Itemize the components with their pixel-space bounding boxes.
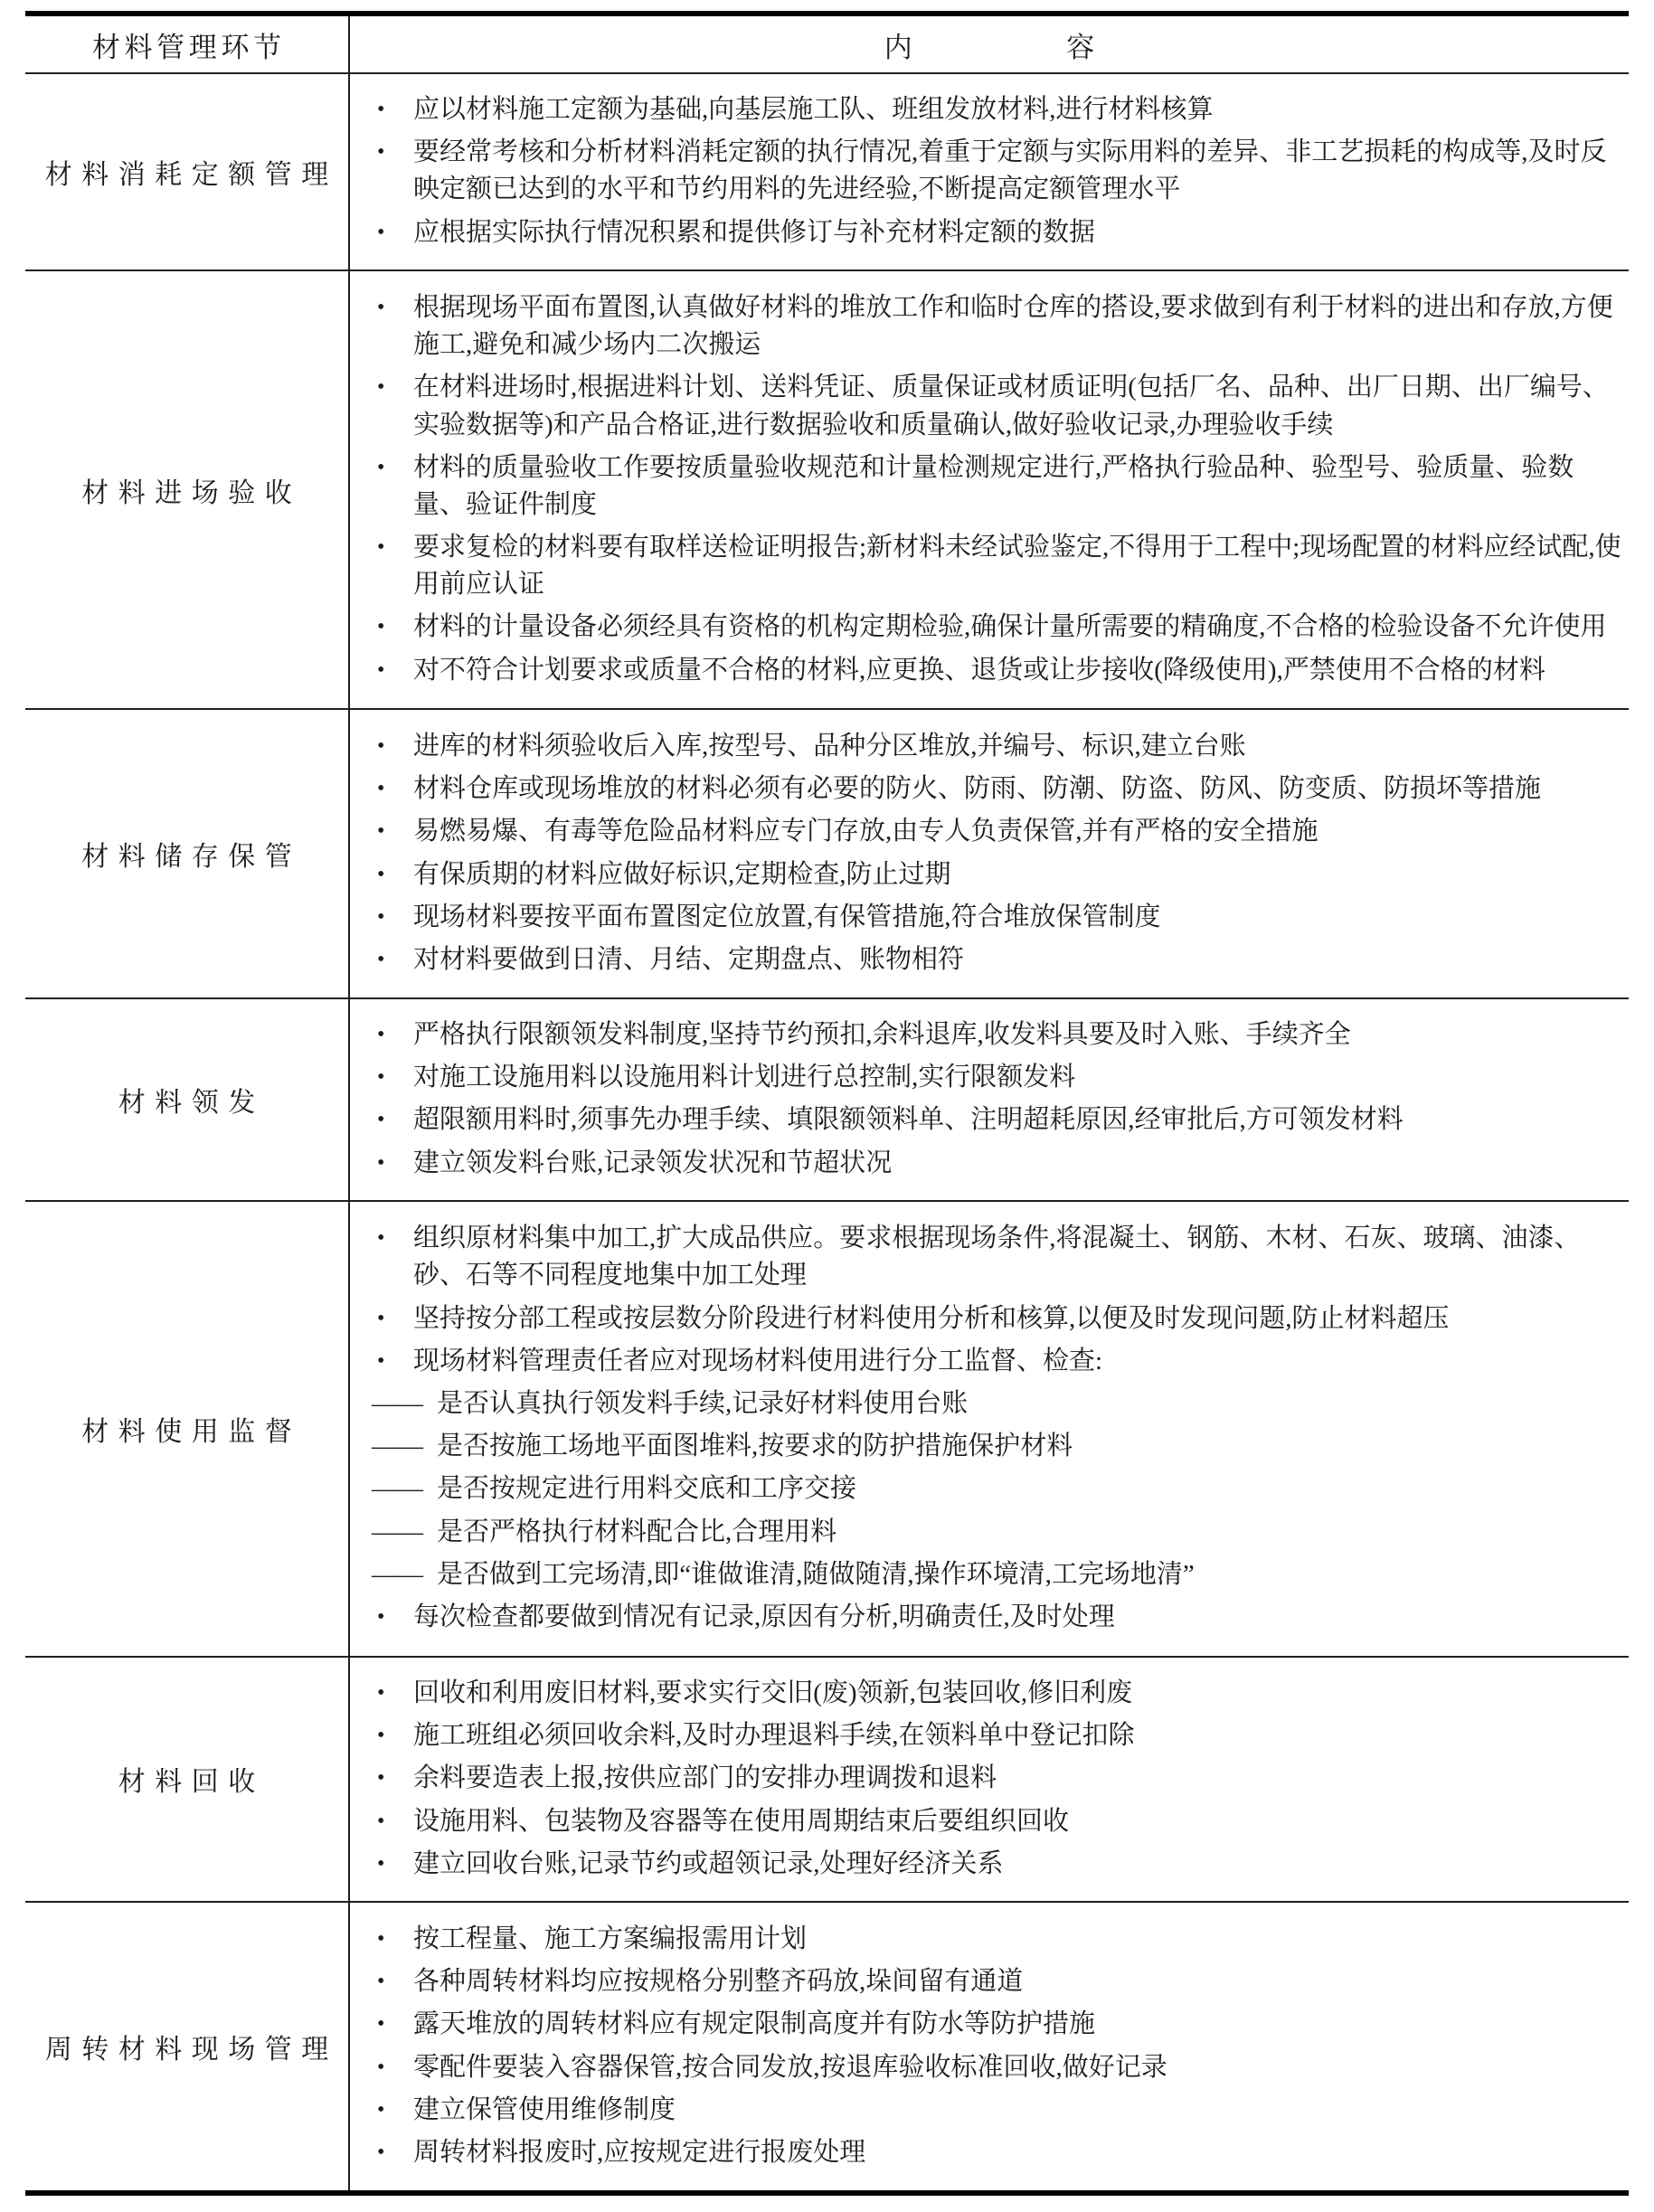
content-item: • 每次检查都要做到情况有记录,原因有分析,明确责任,及时处理: [372, 1599, 1621, 1636]
stage-label: 材料消耗定额管理: [45, 160, 338, 190]
table-row: 材料使用监督 • 组织原材料集中加工,扩大成品供应。要求根据现场条件,将混凝土、…: [25, 1201, 1629, 1657]
content-item: • 进库的材料须验收后入库,按型号、品种分区堆放,并编号、标识,建立台账: [372, 728, 1621, 765]
content-item: • 各种周转材料均应按规格分别整齐码放,垛间留有通道: [372, 1963, 1621, 2000]
item-text: 根据现场平面布置图,认真做好材料的堆放工作和临时仓库的搭设,要求做到有利于材料的…: [413, 289, 1621, 364]
bullet-icon: •: [372, 770, 413, 808]
bullet-icon: •: [372, 1803, 413, 1840]
dash-icon: ——: [372, 1470, 422, 1508]
bullet-icon: •: [372, 899, 413, 936]
bullet-icon: •: [372, 1220, 413, 1257]
content-cell: • 应以材料施工定额为基础,向基层施工队、班组发放材料,进行材料核算 • 要经常…: [349, 73, 1629, 270]
bullet-icon: •: [372, 941, 413, 978]
stage-cell: 材料储存保管: [25, 709, 349, 998]
content-item: • 组织原材料集中加工,扩大成品供应。要求根据现场条件,将混凝土、钢筋、木材、石…: [372, 1220, 1621, 1294]
content-item: • 在材料进场时,根据进料计划、送料凭证、质量保证或材质证明(包括厂名、品种、出…: [372, 369, 1621, 443]
item-text: 在材料进场时,根据进料计划、送料凭证、质量保证或材质证明(包括厂名、品种、出厂日…: [413, 369, 1621, 443]
content-item: • 对施工设施用料以设施用料计划进行总控制,实行限额发料: [372, 1059, 1621, 1096]
content-item: • 要求复检的材料要有取样送检证明报告;新材料未经试验鉴定,不得用于工程中;现场…: [372, 529, 1621, 603]
content-item: —— 是否按施工场地平面图堆料,按要求的防护措施保护材料: [372, 1428, 1621, 1465]
content-cell: • 根据现场平面布置图,认真做好材料的堆放工作和临时仓库的搭设,要求做到有利于材…: [349, 270, 1629, 709]
dash-icon: ——: [372, 1428, 422, 1465]
content-item: • 材料的质量验收工作要按质量验收规范和计量检测规定进行,严格执行验品种、验型号…: [372, 449, 1621, 524]
content-item: • 严格执行限额领发料制度,坚持节约预扣,余料退库,收发料具要及时入账、手续齐全: [372, 1016, 1621, 1054]
content-cell: • 进库的材料须验收后入库,按型号、品种分区堆放,并编号、标识,建立台账 • 材…: [349, 709, 1629, 998]
content-item: • 要经常考核和分析材料消耗定额的执行情况,着重于定额与实际用料的差异、非工艺损…: [372, 134, 1621, 208]
content-item: • 建立保管使用维修制度: [372, 2092, 1621, 2129]
bullet-icon: •: [372, 652, 413, 689]
item-text: 余料要造表上报,按供应部门的安排办理调拨和退料: [413, 1760, 1621, 1797]
bullet-icon: •: [372, 1717, 413, 1754]
content-cell: • 回收和利用废旧材料,要求实行交旧(废)领新,包装回收,修旧利废 • 施工班组…: [349, 1657, 1629, 1903]
stage-label: 材料回收: [118, 1767, 265, 1797]
item-text: 对施工设施用料以设施用料计划进行总控制,实行限额发料: [413, 1059, 1621, 1096]
content-item: • 现场材料管理责任者应对现场材料使用进行分工监督、检查:: [372, 1343, 1621, 1380]
content-item: • 零配件要装入容器保管,按合同发放,按退库验收标准回收,做好记录: [372, 2049, 1621, 2086]
header-cell-stage: 材料管理环节: [25, 14, 349, 73]
bullet-icon: •: [372, 813, 413, 850]
bullet-icon: •: [372, 91, 413, 128]
item-text: 有保质期的材料应做好标识,定期检查,防止过期: [413, 856, 1621, 893]
item-text: 要求复检的材料要有取样送检证明报告;新材料未经试验鉴定,不得用于工程中;现场配置…: [413, 529, 1621, 603]
item-text: 现场材料管理责任者应对现场材料使用进行分工监督、检查:: [413, 1343, 1621, 1380]
content-item: • 有保质期的材料应做好标识,定期检查,防止过期: [372, 856, 1621, 893]
content-cell: • 按工程量、施工方案编报需用计划 • 各种周转材料均应按规格分别整齐码放,垛间…: [349, 1902, 1629, 2193]
item-text: 各种周转材料均应按规格分别整齐码放,垛间留有通道: [413, 1963, 1621, 2000]
bullet-icon: •: [372, 289, 413, 326]
item-text: 坚持按分部工程或按层数分阶段进行材料使用分析和核算,以便及时发现问题,防止材料超…: [413, 1300, 1621, 1338]
bullet-icon: •: [372, 728, 413, 765]
header-content-label: 内容: [884, 32, 1249, 63]
content-item: • 对不符合计划要求或质量不合格的材料,应更换、退货或让步接收(降级使用),严禁…: [372, 652, 1621, 689]
content-item-list: • 回收和利用废旧材料,要求实行交旧(废)领新,包装回收,修旧利废 • 施工班组…: [372, 1675, 1621, 1883]
item-text: 建立保管使用维修制度: [413, 2092, 1621, 2129]
content-item: —— 是否做到工完场清,即“谁做谁清,随做随清,操作环境清,工完场地清”: [372, 1556, 1621, 1593]
table-row: 材料进场验收 • 根据现场平面布置图,认真做好材料的堆放工作和临时仓库的搭设,要…: [25, 270, 1629, 709]
stage-cell: 材料回收: [25, 1657, 349, 1903]
table-body: 材料消耗定额管理 • 应以材料施工定额为基础,向基层施工队、班组发放材料,进行材…: [25, 73, 1629, 2193]
item-text: 是否按施工场地平面图堆料,按要求的防护措施保护材料: [437, 1428, 1621, 1465]
item-text: 进库的材料须验收后入库,按型号、品种分区堆放,并编号、标识,建立台账: [413, 728, 1621, 765]
content-item: • 材料仓库或现场堆放的材料必须有必要的防火、防雨、防潮、防盗、防风、防变质、防…: [372, 770, 1621, 808]
dash-icon: ——: [372, 1514, 422, 1551]
item-text: 现场材料要按平面布置图定位放置,有保管措施,符合堆放保管制度: [413, 899, 1621, 936]
bullet-icon: •: [372, 1675, 413, 1712]
stage-label: 材料储存保管: [81, 842, 301, 872]
item-text: 露天堆放的周转材料应有规定限制高度并有防水等防护措施: [413, 2006, 1621, 2043]
content-item: • 露天堆放的周转材料应有规定限制高度并有防水等防护措施: [372, 2006, 1621, 2043]
content-item: • 现场材料要按平面布置图定位放置,有保管措施,符合堆放保管制度: [372, 899, 1621, 936]
content-item-list: • 按工程量、施工方案编报需用计划 • 各种周转材料均应按规格分别整齐码放,垛间…: [372, 1921, 1621, 2172]
content-item: —— 是否严格执行材料配合比,合理用料: [372, 1514, 1621, 1551]
content-item: • 建立领发料台账,记录领发状况和节超状况: [372, 1145, 1621, 1182]
table-row: 材料领发 • 严格执行限额领发料制度,坚持节约预扣,余料退库,收发料具要及时入账…: [25, 998, 1629, 1201]
content-item: • 建立回收台账,记录节约或超领记录,处理好经济关系: [372, 1846, 1621, 1883]
item-text: 是否做到工完场清,即“谁做谁清,随做随清,操作环境清,工完场地清”: [437, 1556, 1621, 1593]
stage-label: 周转材料现场管理: [45, 2035, 338, 2065]
item-text: 按工程量、施工方案编报需用计划: [413, 1921, 1621, 1958]
content-item: • 设施用料、包装物及容器等在使用周期结束后要组织回收: [372, 1803, 1621, 1840]
document-page: 材料管理环节 内容 材料消耗定额管理 • 应以材料施工定额为基础,向基层施工队、…: [0, 0, 1654, 2212]
material-management-table: 材料管理环节 内容 材料消耗定额管理 • 应以材料施工定额为基础,向基层施工队、…: [25, 11, 1629, 2196]
content-item: • 坚持按分部工程或按层数分阶段进行材料使用分析和核算,以便及时发现问题,防止材…: [372, 1300, 1621, 1338]
item-text: 应根据实际执行情况积累和提供修订与补充材料定额的数据: [413, 214, 1621, 251]
content-cell: • 严格执行限额领发料制度,坚持节约预扣,余料退库,收发料具要及时入账、手续齐全…: [349, 998, 1629, 1201]
dash-icon: ——: [372, 1385, 422, 1423]
content-item: • 周转材料报废时,应按规定进行报废处理: [372, 2134, 1621, 2171]
bullet-icon: •: [372, 529, 413, 566]
content-item-list: • 根据现场平面布置图,认真做好材料的堆放工作和临时仓库的搭设,要求做到有利于材…: [372, 289, 1621, 689]
table-row: 材料回收 • 回收和利用废旧材料,要求实行交旧(废)领新,包装回收,修旧利废 •…: [25, 1657, 1629, 1903]
item-text: 零配件要装入容器保管,按合同发放,按退库验收标准回收,做好记录: [413, 2049, 1621, 2086]
item-text: 是否认真执行领发料手续,记录好材料使用台账: [437, 1385, 1621, 1423]
bullet-icon: •: [372, 134, 413, 171]
bullet-icon: •: [372, 1846, 413, 1883]
bullet-icon: •: [372, 1059, 413, 1096]
content-item: —— 是否按规定进行用料交底和工序交接: [372, 1470, 1621, 1508]
content-item: • 回收和利用废旧材料,要求实行交旧(废)领新,包装回收,修旧利废: [372, 1675, 1621, 1712]
stage-cell: 材料消耗定额管理: [25, 73, 349, 270]
item-text: 每次检查都要做到情况有记录,原因有分析,明确责任,及时处理: [413, 1599, 1621, 1636]
content-item: • 应根据实际执行情况积累和提供修订与补充材料定额的数据: [372, 214, 1621, 251]
bullet-icon: •: [372, 2049, 413, 2086]
bullet-icon: •: [372, 214, 413, 251]
content-item-list: • 进库的材料须验收后入库,按型号、品种分区堆放,并编号、标识,建立台账 • 材…: [372, 728, 1621, 979]
bullet-icon: •: [372, 2092, 413, 2129]
item-text: 严格执行限额领发料制度,坚持节约预扣,余料退库,收发料具要及时入账、手续齐全: [413, 1016, 1621, 1054]
table-header: 材料管理环节 内容: [25, 14, 1629, 73]
bullet-icon: •: [372, 1101, 413, 1139]
content-item-list: • 应以材料施工定额为基础,向基层施工队、班组发放材料,进行材料核算 • 要经常…: [372, 91, 1621, 251]
item-text: 应以材料施工定额为基础,向基层施工队、班组发放材料,进行材料核算: [413, 91, 1621, 128]
dash-icon: ——: [372, 1556, 422, 1593]
bullet-icon: •: [372, 369, 413, 406]
item-text: 是否按规定进行用料交底和工序交接: [437, 1470, 1621, 1508]
bullet-icon: •: [372, 1921, 413, 1958]
bullet-icon: •: [372, 449, 413, 487]
table-row: 材料消耗定额管理 • 应以材料施工定额为基础,向基层施工队、班组发放材料,进行材…: [25, 73, 1629, 270]
content-cell: • 组织原材料集中加工,扩大成品供应。要求根据现场条件,将混凝土、钢筋、木材、石…: [349, 1201, 1629, 1657]
content-item: • 易燃易爆、有毒等危险品材料应专门存放,由专人负责保管,并有严格的安全措施: [372, 813, 1621, 850]
stage-cell: 材料领发: [25, 998, 349, 1201]
item-text: 建立领发料台账,记录领发状况和节超状况: [413, 1145, 1621, 1182]
item-text: 周转材料报废时,应按规定进行报废处理: [413, 2134, 1621, 2171]
item-text: 超限额用料时,须事先办理手续、填限额领料单、注明超耗原因,经审批后,方可领发材料: [413, 1101, 1621, 1139]
content-item: —— 是否认真执行领发料手续,记录好材料使用台账: [372, 1385, 1621, 1423]
bullet-icon: •: [372, 1343, 413, 1380]
table-row: 周转材料现场管理 • 按工程量、施工方案编报需用计划 • 各种周转材料均应按规格…: [25, 1902, 1629, 2193]
item-text: 建立回收台账,记录节约或超领记录,处理好经济关系: [413, 1846, 1621, 1883]
bullet-icon: •: [372, 1760, 413, 1797]
item-text: 易燃易爆、有毒等危险品材料应专门存放,由专人负责保管,并有严格的安全措施: [413, 813, 1621, 850]
item-text: 对材料要做到日清、月结、定期盘点、账物相符: [413, 941, 1621, 978]
header-stage-label: 材料管理环节: [92, 32, 286, 63]
item-text: 回收和利用废旧材料,要求实行交旧(废)领新,包装回收,修旧利废: [413, 1675, 1621, 1712]
bullet-icon: •: [372, 609, 413, 646]
stage-label: 材料使用监督: [81, 1417, 301, 1447]
item-text: 材料的质量验收工作要按质量验收规范和计量检测规定进行,严格执行验品种、验型号、验…: [413, 449, 1621, 524]
bullet-icon: •: [372, 1599, 413, 1636]
item-text: 是否严格执行材料配合比,合理用料: [437, 1514, 1621, 1551]
stage-label: 材料进场验收: [81, 478, 301, 508]
bullet-icon: •: [372, 2006, 413, 2043]
content-item: • 根据现场平面布置图,认真做好材料的堆放工作和临时仓库的搭设,要求做到有利于材…: [372, 289, 1621, 364]
header-cell-content: 内容: [349, 14, 1629, 73]
bullet-icon: •: [372, 856, 413, 893]
bullet-icon: •: [372, 2134, 413, 2171]
item-text: 材料的计量设备必须经具有资格的机构定期检验,确保计量所需要的精确度,不合格的检验…: [413, 609, 1621, 646]
content-item: • 材料的计量设备必须经具有资格的机构定期检验,确保计量所需要的精确度,不合格的…: [372, 609, 1621, 646]
content-item: • 施工班组必须回收余料,及时办理退料手续,在领料单中登记扣除: [372, 1717, 1621, 1754]
stage-cell: 周转材料现场管理: [25, 1902, 349, 2193]
content-item: • 对材料要做到日清、月结、定期盘点、账物相符: [372, 941, 1621, 978]
item-text: 要经常考核和分析材料消耗定额的执行情况,着重于定额与实际用料的差异、非工艺损耗的…: [413, 134, 1621, 208]
content-item: • 应以材料施工定额为基础,向基层施工队、班组发放材料,进行材料核算: [372, 91, 1621, 128]
content-item: • 超限额用料时,须事先办理手续、填限额领料单、注明超耗原因,经审批后,方可领发…: [372, 1101, 1621, 1139]
stage-cell: 材料进场验收: [25, 270, 349, 709]
bullet-icon: •: [372, 1145, 413, 1182]
content-item: • 按工程量、施工方案编报需用计划: [372, 1921, 1621, 1958]
stage-cell: 材料使用监督: [25, 1201, 349, 1657]
item-text: 材料仓库或现场堆放的材料必须有必要的防火、防雨、防潮、防盗、防风、防变质、防损坏…: [413, 770, 1621, 808]
content-item-list: • 严格执行限额领发料制度,坚持节约预扣,余料退库,收发料具要及时入账、手续齐全…: [372, 1016, 1621, 1182]
content-item: • 余料要造表上报,按供应部门的安排办理调拨和退料: [372, 1760, 1621, 1797]
content-item-list: • 组织原材料集中加工,扩大成品供应。要求根据现场条件,将混凝土、钢筋、木材、石…: [372, 1220, 1621, 1636]
bullet-icon: •: [372, 1963, 413, 2000]
item-text: 组织原材料集中加工,扩大成品供应。要求根据现场条件,将混凝土、钢筋、木材、石灰、…: [413, 1220, 1621, 1294]
bullet-icon: •: [372, 1300, 413, 1338]
stage-label: 材料领发: [118, 1088, 265, 1118]
item-text: 设施用料、包装物及容器等在使用周期结束后要组织回收: [413, 1803, 1621, 1840]
item-text: 对不符合计划要求或质量不合格的材料,应更换、退货或让步接收(降级使用),严禁使用…: [413, 652, 1621, 689]
table-row: 材料储存保管 • 进库的材料须验收后入库,按型号、品种分区堆放,并编号、标识,建…: [25, 709, 1629, 998]
bullet-icon: •: [372, 1016, 413, 1054]
header-row: 材料管理环节 内容: [25, 14, 1629, 73]
item-text: 施工班组必须回收余料,及时办理退料手续,在领料单中登记扣除: [413, 1717, 1621, 1754]
